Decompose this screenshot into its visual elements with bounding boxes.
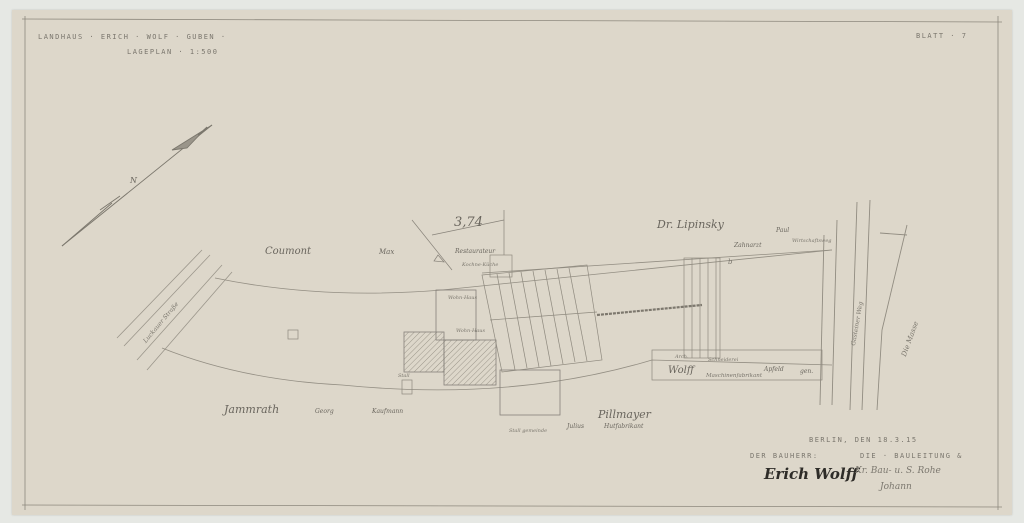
neighbor-wolff-manufacturer: Maschinenfabrikant — [706, 373, 762, 379]
neighbor-wolff-tailor: Schneiderei — [708, 357, 738, 363]
neighbor-jammrath-first: Georg — [315, 408, 334, 415]
north-label: N — [130, 176, 137, 185]
neighbor-wolff: Wolff — [668, 365, 694, 376]
neighbor-lipinsky-first: Paul — [776, 227, 789, 234]
neighbor-max: Max — [379, 248, 394, 256]
neighbor-restaurant: Restaurateur — [455, 248, 495, 255]
neighbor-coumont: Coumont — [265, 246, 311, 257]
building-label-1: Wohn-Haus — [448, 295, 477, 301]
neighbor-jammrath: Jammrath — [224, 403, 279, 416]
drawing-title: LANDHAUS · ERICH · WOLF · GUBEN · — [38, 33, 227, 41]
dimension-label: 3,74 — [454, 215, 483, 230]
neighbor-kitchen: Kochne-Küche — [462, 262, 498, 268]
neighbor-apfeld-suffix: gen. — [800, 368, 813, 375]
place-date: BERLIN, DEN 18.3.15 — [809, 436, 918, 444]
sheet-number: BLATT · 7 — [916, 32, 967, 40]
authority-signature-1: Kr. Bau- u. S. Rohe — [855, 466, 941, 476]
neighbor-pillmayer: Pillmayer — [598, 408, 651, 421]
authority-label: DIE · BAULEITUNG & — [860, 452, 963, 460]
neighbor-lipinsky-profession: Zahnarzt — [734, 242, 762, 249]
authority-signature-2: Johann — [880, 482, 912, 492]
builder-signature: Erich Wolff — [764, 465, 858, 483]
building-label-4: b — [728, 258, 732, 266]
neighbor-pillmayer-profession: Hutfabrikant — [604, 423, 643, 430]
neighbor-wolff-arch: Arch. — [675, 354, 689, 360]
neighbor-jammrath-profession: Kaufmann — [372, 408, 403, 415]
neighbor-lipinsky: Dr. Lipinsky — [657, 218, 724, 231]
neighbor-path: Wirtschaftsweg — [792, 238, 831, 244]
building-label-2: Wohn-Haus — [456, 328, 485, 334]
north-arrow-icon — [62, 125, 212, 246]
neighbor-apfeld: Apfeld — [764, 366, 784, 373]
building-label-3: Stall — [398, 373, 410, 379]
drawing-scale: LAGEPLAN · 1:500 — [127, 48, 218, 56]
neighbor-pillmayer-first: Julius — [567, 423, 584, 430]
stall-label: Stall gemeinde — [509, 428, 547, 434]
plan-sheet: LANDHAUS · ERICH · WOLF · GUBEN · LAGEPL… — [12, 10, 1012, 515]
builder-label: DER BAUHERR: — [750, 452, 819, 460]
